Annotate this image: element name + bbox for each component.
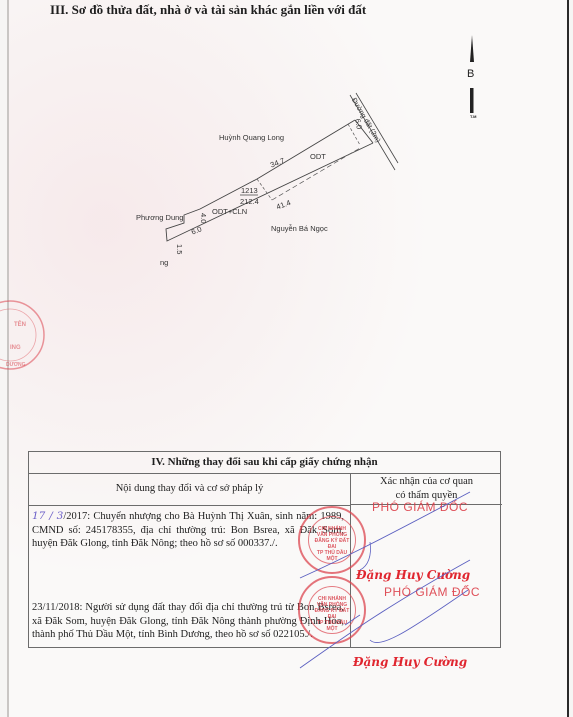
stamp-line: TP THỦ DẦU MỘT: [312, 620, 352, 632]
stamp-line: TP THỦ DẦU MỘT: [312, 550, 352, 562]
official-stamp: CHI NHÁNH VĂN PHÒNG ĐĂNG KÝ ĐẤT ĐAI TP T…: [298, 506, 366, 574]
signer-name-2: Đặng Huy Cường: [353, 655, 467, 669]
land-use-front: ODT: [310, 152, 326, 161]
neighbor-north: Huỳnh Quang Long: [219, 133, 284, 142]
north-arrow-icon: [470, 35, 474, 62]
parcel-map: [0, 0, 573, 440]
parcel-area: 212.4: [240, 197, 259, 206]
official-stamp: CHI NHÁNH VĂN PHÒNG ĐĂNG KÝ ĐẤT ĐAI TP T…: [298, 576, 366, 644]
land-use-main: ODT+CLN: [212, 207, 247, 216]
dimension-rear-step: 4.0: [199, 213, 208, 223]
stamp-text: CHI NHÁNH VĂN PHÒNG ĐĂNG KÝ ĐẤT ĐAI TP T…: [312, 526, 352, 562]
north-arrow-tail-icon: [470, 88, 474, 113]
left-stamp-inner-ring: [0, 309, 36, 361]
col-header-content: Nội dung thay đổi và cơ sở pháp lý: [29, 473, 350, 506]
north-label: B: [467, 68, 474, 80]
stamp-line: ĐĂNG KÝ ĐẤT ĐAI: [312, 608, 352, 620]
neighbor-south: Nguyễn Bá Ngọc: [271, 224, 328, 233]
parcel-number: 1213: [241, 186, 258, 195]
changes-table: IV. Những thay đổi sau khi cấp giấy chứn…: [28, 451, 501, 648]
signer-name-1: Đặng Huy Cường: [356, 568, 470, 582]
left-stamp-ring: [0, 301, 44, 369]
neighbor-west: Phương Dung: [136, 213, 183, 222]
stamp-line: ĐĂNG KÝ ĐẤT ĐAI: [312, 538, 352, 550]
signer-title-2: PHÓ GIÁM ĐỐC: [384, 585, 480, 599]
dimension-front-width: 6.0: [353, 118, 364, 130]
stamp-text: CHI NHÁNH VĂN PHÒNG ĐĂNG KÝ ĐẤT ĐAI TP T…: [312, 596, 352, 632]
section-4-title: IV. Những thay đổi sau khi cấp giấy chứn…: [29, 452, 500, 474]
handwritten-date: 17 / 3: [32, 510, 63, 522]
change-entry: 17 / 3/2017: Chuyển nhượng cho Bà Huỳnh …: [32, 510, 344, 551]
left-stamp-text: ING: [10, 345, 21, 351]
north-sublabel: T.M: [470, 114, 476, 119]
signer-title-1: PHÓ GIÁM ĐỐC: [372, 500, 468, 514]
dimension-rear-end: 1.5: [175, 244, 184, 254]
col-header-confirmation-line1: Xác nhận của cơ quan: [351, 475, 502, 489]
left-stamp-text: DƯƠNG: [6, 362, 26, 368]
left-stamp-text: TÊN: [14, 322, 26, 328]
neighbor-partial-label: ng: [160, 258, 168, 267]
